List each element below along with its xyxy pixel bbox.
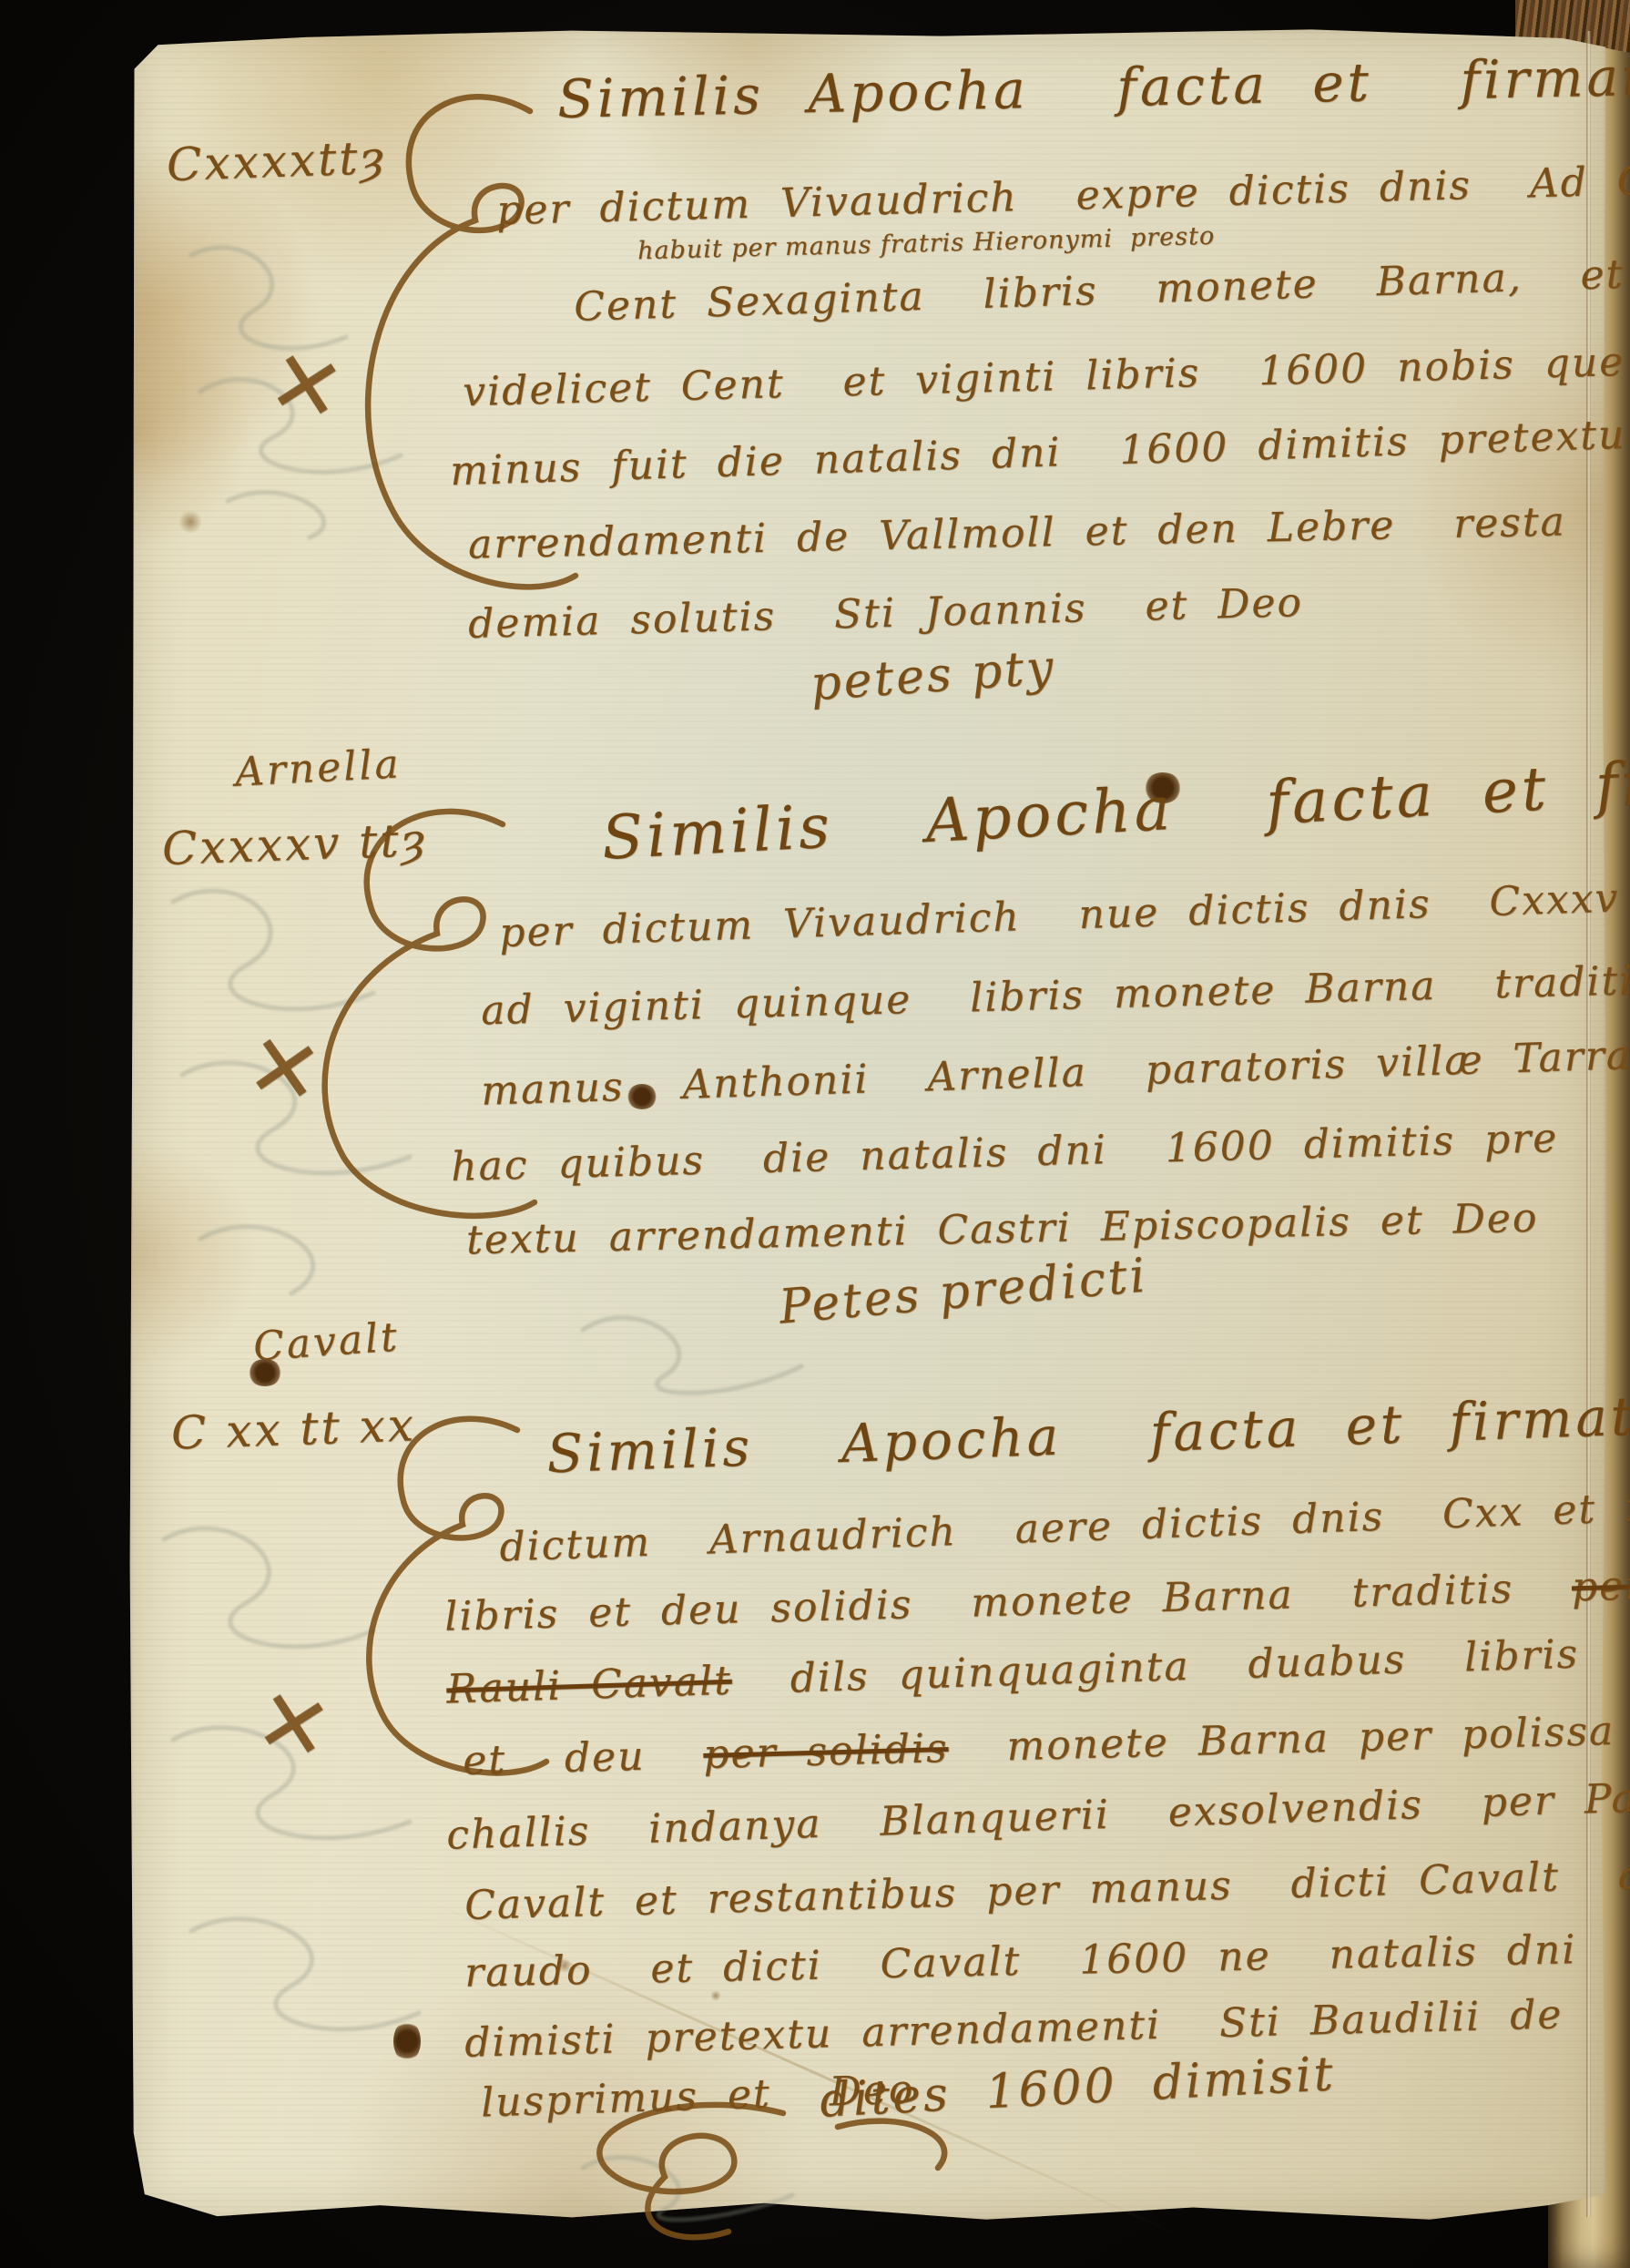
struck-text: per manus [1571,1558,1630,1610]
struck-text: per solidis [703,1725,950,1778]
manuscript-photo: Cxxxxttȝ ✕ Similis Apocha facta et firma… [0,0,1630,2268]
final-paraph-flourish [510,2095,983,2250]
edge-blot [393,2020,421,2062]
fox-spot [710,1990,721,2001]
fox-spot [178,510,202,534]
entry-2-margin-label: Arnella [234,741,402,795]
line-text: et deu [463,1732,704,1784]
struck-text: Rauli Cavalt [446,1658,733,1713]
